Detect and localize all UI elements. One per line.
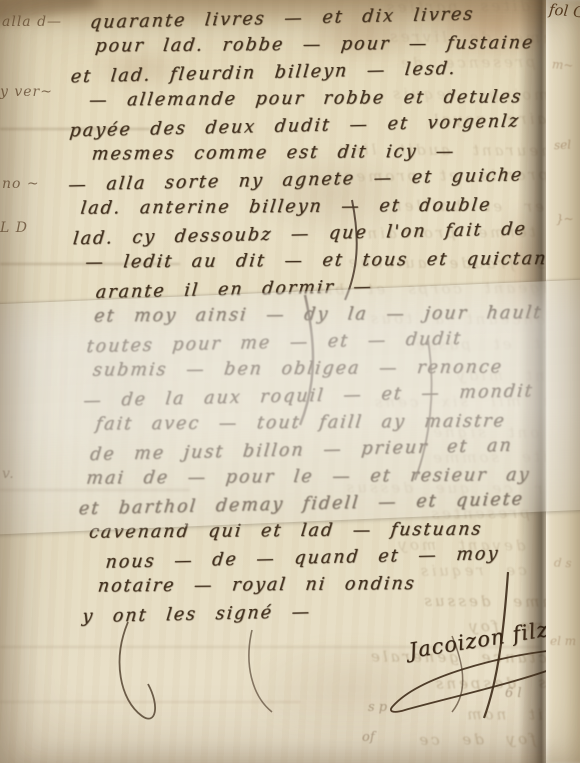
manuscript-photo: les dites parties somme de livres en pre… (0, 0, 580, 763)
adjacent-page-edge: fol G m~ sel }~ d s el m (546, 0, 580, 763)
manuscript-text-block: quarante livres — et dix livres pour lad… (60, 0, 577, 628)
adjacent-page-mark: el m (550, 634, 576, 648)
margin-mark: v. (2, 466, 15, 482)
adjacent-page-mark: m~ (552, 57, 574, 72)
handwritten-line-text: y ont les signé — (81, 599, 312, 631)
bleedthrough-line: en foy de ce (18, 724, 580, 757)
adjacent-page-mark: d s (554, 556, 572, 571)
folio-mark: fol G (548, 0, 580, 21)
margin-mark: no ~ (2, 176, 40, 192)
bleedthrough-line: tous despens (0, 668, 580, 701)
adjacent-page-mark: }~ (556, 212, 574, 226)
signature: Jacoizon filz (407, 617, 550, 663)
faint-mark: 6 l (505, 686, 522, 701)
faint-mark: s p (368, 700, 387, 715)
adjacent-page-mark: sel (554, 138, 572, 153)
faint-mark: of (362, 730, 375, 745)
margin-mark: L D (0, 220, 28, 236)
bleedthrough-line: audit nom (6, 697, 580, 729)
paper-crease (0, 701, 300, 703)
margin-mark: y ver~ (0, 84, 53, 100)
margin-mark: alla d— (2, 14, 62, 30)
